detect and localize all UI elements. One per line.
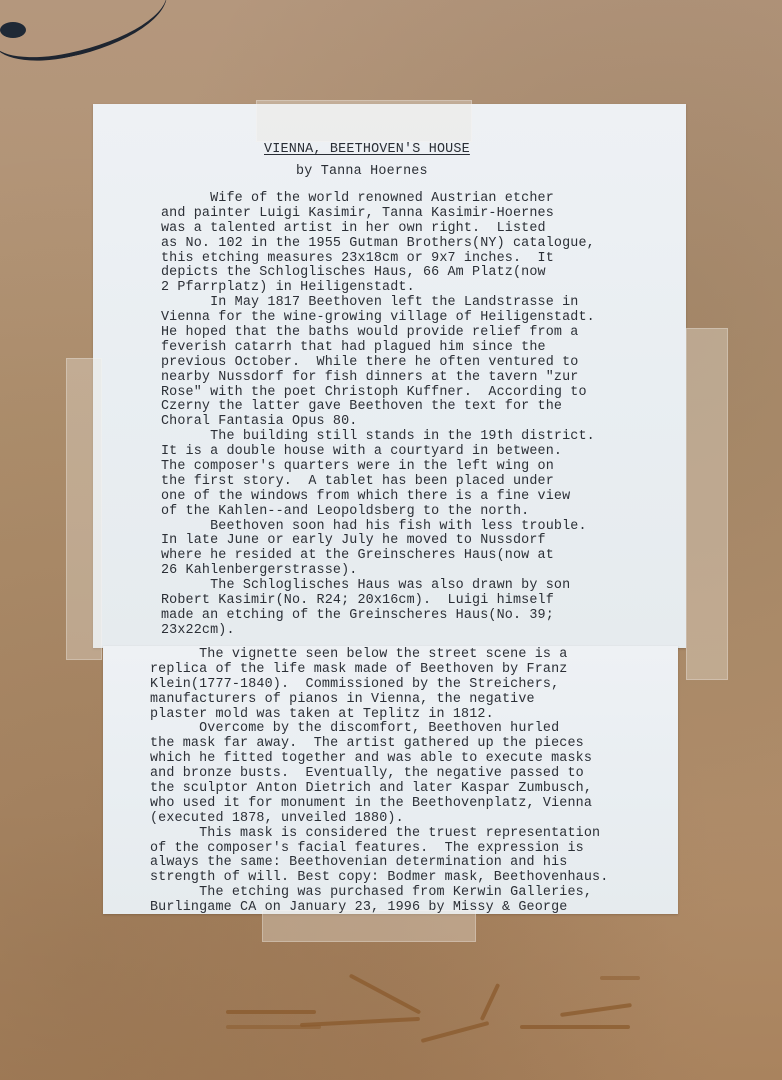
text-line: always the same: Beethovenian determinat… bbox=[150, 856, 608, 871]
text-line: the first story. A tablet has been place… bbox=[161, 475, 595, 490]
text-line: made an etching of the Greinscheres Haus… bbox=[161, 609, 595, 624]
text-line: In late June or early July he moved to N… bbox=[161, 534, 595, 549]
document-body-lower: The vignette seen below the street scene… bbox=[150, 648, 608, 916]
text-line: strength of will. Best copy: Bodmer mask… bbox=[150, 871, 608, 886]
document-body-upper: Wife of the world renowned Austrian etch… bbox=[161, 192, 595, 639]
text-line: of the composer's facial features. The e… bbox=[150, 842, 608, 857]
text-line: It is a double house with a courtyard in… bbox=[161, 445, 595, 460]
text-line: The composer's quarters were in the left… bbox=[161, 460, 595, 475]
text-line: and bronze busts. Eventually, the negati… bbox=[150, 767, 608, 782]
text-line: was a talented artist in her own right. … bbox=[161, 222, 595, 237]
text-line: Overcome by the discomfort, Beethoven hu… bbox=[150, 722, 608, 737]
text-line: which he fitted together and was able to… bbox=[150, 752, 608, 767]
text-line: 23x22cm). bbox=[161, 624, 595, 639]
text-line: Rose" with the poet Christoph Kuffner. A… bbox=[161, 386, 595, 401]
text-line: feverish catarrh that had plagued him si… bbox=[161, 341, 595, 356]
document-title: VIENNA, BEETHOVEN'S HOUSE bbox=[264, 142, 470, 157]
text-line: Vienna for the wine-growing village of H… bbox=[161, 311, 595, 326]
text-line: The building still stands in the 19th di… bbox=[161, 430, 595, 445]
tape-strip-top bbox=[256, 100, 472, 142]
text-line: manufacturers of pianos in Vienna, the n… bbox=[150, 693, 608, 708]
text-line: Beethoven soon had his fish with less tr… bbox=[161, 520, 595, 535]
text-line: nearby Nussdorf for fish dinners at the … bbox=[161, 371, 595, 386]
text-line: This mask is considered the truest repre… bbox=[150, 827, 608, 842]
text-line: who used it for monument in the Beethove… bbox=[150, 797, 608, 812]
text-line: Choral Fantasia Opus 80. bbox=[161, 415, 595, 430]
text-line: one of the windows from which there is a… bbox=[161, 490, 595, 505]
text-line: and painter Luigi Kasimir, Tanna Kasimir… bbox=[161, 207, 595, 222]
text-line: 26 Kahlenbergerstrasse). bbox=[161, 564, 595, 579]
document-byline: by Tanna Hoernes bbox=[296, 164, 428, 179]
tape-strip-right bbox=[686, 328, 728, 680]
text-line: the sculptor Anton Dietrich and later Ka… bbox=[150, 782, 608, 797]
text-line: plaster mold was taken at Teplitz in 181… bbox=[150, 708, 608, 723]
text-line: In May 1817 Beethoven left the Landstras… bbox=[161, 296, 595, 311]
text-line: Robert Kasimir(No. R24; 20x16cm). Luigi … bbox=[161, 594, 595, 609]
text-line: depicts the Schloglisches Haus, 66 Am Pl… bbox=[161, 266, 595, 281]
text-line: the mask far away. The artist gathered u… bbox=[150, 737, 608, 752]
text-line: replica of the life mask made of Beethov… bbox=[150, 663, 608, 678]
text-line: previous October. While there he often v… bbox=[161, 356, 595, 371]
text-line: this etching measures 23x18cm or 9x7 inc… bbox=[161, 252, 595, 267]
text-line: The etching was purchased from Kerwin Ga… bbox=[150, 886, 608, 901]
text-line: Burlingame CA on January 23, 1996 by Mis… bbox=[150, 901, 608, 916]
text-line: He hoped that the baths would provide re… bbox=[161, 326, 595, 341]
text-line: (executed 1878, unveiled 1880). bbox=[150, 812, 608, 827]
hanging-wire bbox=[0, 0, 176, 72]
text-line: as No. 102 in the 1955 Gutman Brothers(N… bbox=[161, 237, 595, 252]
wire-knot bbox=[0, 22, 26, 38]
text-line: The Schloglisches Haus was also drawn by… bbox=[161, 579, 595, 594]
text-line: of the Kahlen--and Leopoldsberg to the n… bbox=[161, 505, 595, 520]
tape-strip-left bbox=[66, 358, 102, 660]
text-line: Klein(1777-1840). Commissioned by the St… bbox=[150, 678, 608, 693]
text-line: where he resided at the Greinscheres Hau… bbox=[161, 549, 595, 564]
text-line: The vignette seen below the street scene… bbox=[150, 648, 608, 663]
text-line: 2 Pfarrplatz) in Heiligenstadt. bbox=[161, 281, 595, 296]
text-line: Wife of the world renowned Austrian etch… bbox=[161, 192, 595, 207]
text-line: Czerny the latter gave Beethoven the tex… bbox=[161, 400, 595, 415]
